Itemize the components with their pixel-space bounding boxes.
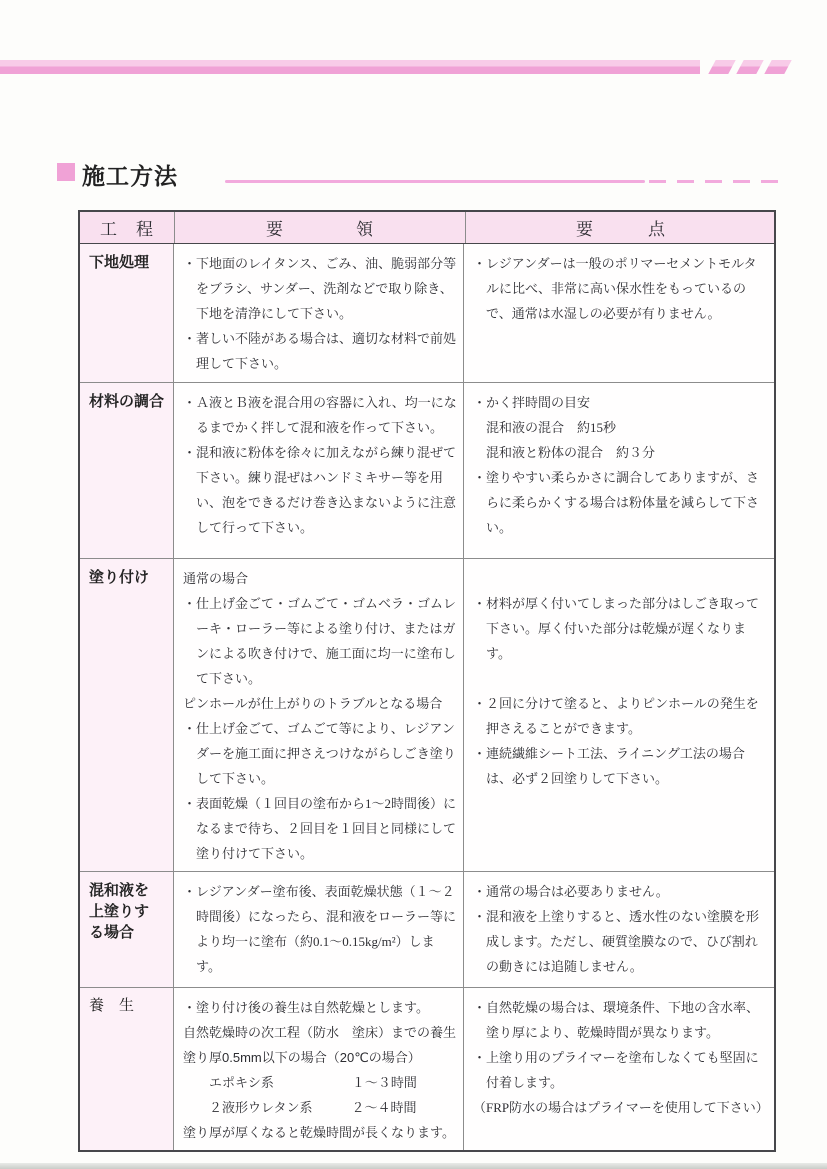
bullet-line: 自然乾燥の場合は、環境条件、下地の含水率、塗り厚により、乾燥時間が異なります。: [473, 995, 768, 1045]
heading-line: 塗り厚が厚くなると乾燥時間が長くなります。: [183, 1120, 457, 1145]
header-slash-decoration: [708, 60, 735, 74]
plain-line: 混和液と粉体の混合 約３分: [473, 440, 768, 465]
column-header-points: 要 点: [466, 212, 776, 243]
process-cell: 養 生: [80, 988, 174, 1150]
bullet-line: レジアンダー塗布後、表面乾燥状態（１～２時間後）になったら、混和液をローラー等に…: [183, 879, 457, 979]
procedure-cell: 通常の場合仕上げ金ごて・ゴムごて・ゴムベラ・ゴムレーキ・ローラー等による塗り付け…: [174, 559, 464, 871]
table-row: 材料の調合Ａ液とＢ液を混合用の容器に入れ、均一になるまでかく拌して混和液を作って…: [80, 383, 774, 559]
table-header-row: 工 程 要 領 要 点: [80, 212, 774, 244]
bullet-line: 塗りやすい柔らかさに調合してありますが、さらに柔らかくする場合は粉体量を減らして…: [473, 465, 768, 540]
table-row: 養 生塗り付け後の養生は自然乾燥とします。自然乾燥時の次工程（防水 塗床）までの…: [80, 988, 774, 1150]
bullet-line: 仕上げ金ごて・ゴムごて・ゴムベラ・ゴムレーキ・ローラー等による塗り付け、またはガ…: [183, 591, 457, 691]
heading-line: 通常の場合: [183, 566, 457, 591]
header-slash-decoration: [736, 60, 763, 74]
process-cell: 混和液を 上塗りす る場合: [80, 872, 174, 987]
bullet-line: レジアンダーは一般のポリマーセメントモルタルに比べ、非常に高い保水性をもっている…: [473, 251, 768, 326]
bullet-line: 通常の場合は必要ありません。: [473, 879, 768, 904]
process-cell: 塗り付け: [80, 559, 174, 871]
heading-line: 自然乾燥時の次工程（防水 塗床）までの養生: [183, 1020, 457, 1045]
bullet-line: 連続繊維シート工法、ライニング工法の場合は、必ず２回塗りして下さい。: [473, 741, 768, 791]
plain-line: ２液形ウレタン系 ２～４時間: [183, 1095, 457, 1120]
column-header-process: 工 程: [80, 212, 175, 243]
scan-edge-strip: [0, 1163, 827, 1169]
bullet-line: ２回に分けて塗ると、よりピンホールの発生を押さえることができます。: [473, 691, 768, 741]
points-cell: 材料が厚く付いてしまった部分はしごき取って下さい。厚く付いた部分は乾燥が遅くなり…: [464, 559, 774, 871]
top-accent-band: [0, 60, 700, 74]
section-rule: [225, 180, 645, 183]
points-cell: レジアンダーは一般のポリマーセメントモルタルに比べ、非常に高い保水性をもっている…: [464, 244, 774, 382]
bullet-line: 著しい不陸がある場合は、適切な材料で前処理して下さい。: [183, 326, 457, 376]
process-cell: 材料の調合: [80, 383, 174, 558]
bullet-line: 上塗り用のプライマーを塗布しなくても堅固に付着します。: [473, 1045, 768, 1095]
table-row: 塗り付け通常の場合仕上げ金ごて・ゴムごて・ゴムベラ・ゴムレーキ・ローラー等による…: [80, 559, 774, 872]
points-cell: 自然乾燥の場合は、環境条件、下地の含水率、塗り厚により、乾燥時間が異なります。上…: [464, 988, 774, 1150]
procedure-cell: Ａ液とＢ液を混合用の容器に入れ、均一になるまでかく拌して混和液を作って下さい。混…: [174, 383, 464, 558]
column-header-procedure: 要 領: [175, 212, 466, 243]
heading-line: ピンホールが仕上がりのトラブルとなる場合: [183, 691, 457, 716]
bullet-line: 材料が厚く付いてしまった部分はしごき取って下さい。厚く付いた部分は乾燥が遅くなり…: [473, 591, 768, 666]
table-row: 混和液を 上塗りす る場合レジアンダー塗布後、表面乾燥状態（１～２時間後）になっ…: [80, 872, 774, 988]
section-rule-dashes: [649, 180, 779, 183]
bullet-line: 仕上げ金ごて、ゴムごて等により、レジアンダーを施工面に押さえつけながらしごき塗り…: [183, 716, 457, 791]
table-row: 下地処理下地面のレイタンス、ごみ、油、脆弱部分等をブラシ、サンダー、洗剤などで取…: [80, 244, 774, 383]
bullet-line: かく拌時間の目安: [473, 390, 768, 415]
bullet-line: 塗り付け後の養生は自然乾燥とします。: [183, 995, 457, 1020]
points-cell: 通常の場合は必要ありません。混和液を上塗りすると、透水性のない塗膜を形成します。…: [464, 872, 774, 987]
procedure-cell: レジアンダー塗布後、表面乾燥状態（１～２時間後）になったら、混和液をローラー等に…: [174, 872, 464, 987]
procedure-table: 工 程 要 領 要 点 下地処理下地面のレイタンス、ごみ、油、脆弱部分等をブラシ…: [78, 210, 776, 1152]
points-cell: かく拌時間の目安混和液の混合 約15秒混和液と粉体の混合 約３分塗りやすい柔らか…: [464, 383, 774, 558]
note-line: （FRP防水の場合はプライマーを使用して下さい）: [473, 1095, 768, 1120]
bullet-line: 表面乾燥（１回目の塗布から1～2時間後）になるまで待ち、２回目を１回目と同様にし…: [183, 791, 457, 866]
procedure-cell: 塗り付け後の養生は自然乾燥とします。自然乾燥時の次工程（防水 塗床）までの養生塗…: [174, 988, 464, 1150]
header-slash-decoration: [764, 60, 791, 74]
bullet-line: 混和液に粉体を徐々に加えながら練り混ぜて下さい。練り混ぜはハンドミキサー等を用い…: [183, 440, 457, 540]
section-marker-icon: [57, 163, 75, 181]
heading-line: 塗り厚0.5mm以下の場合（20℃の場合）: [183, 1045, 457, 1070]
bullet-line: 下地面のレイタンス、ごみ、油、脆弱部分等をブラシ、サンダー、洗剤などで取り除き、…: [183, 251, 457, 326]
table-body: 下地処理下地面のレイタンス、ごみ、油、脆弱部分等をブラシ、サンダー、洗剤などで取…: [80, 244, 774, 1150]
page-title: 施工方法: [82, 158, 178, 191]
bullet-line: Ａ液とＢ液を混合用の容器に入れ、均一になるまでかく拌して混和液を作って下さい。: [183, 390, 457, 440]
process-cell: 下地処理: [80, 244, 174, 382]
section-header: 施工方法: [57, 160, 770, 188]
bullet-line: 混和液を上塗りすると、透水性のない塗膜を形成します。ただし、硬質塗膜なので、ひび…: [473, 904, 768, 979]
plain-line: エポキシ系 １～３時間: [183, 1070, 457, 1095]
procedure-cell: 下地面のレイタンス、ごみ、油、脆弱部分等をブラシ、サンダー、洗剤などで取り除き、…: [174, 244, 464, 382]
plain-line: 混和液の混合 約15秒: [473, 415, 768, 440]
